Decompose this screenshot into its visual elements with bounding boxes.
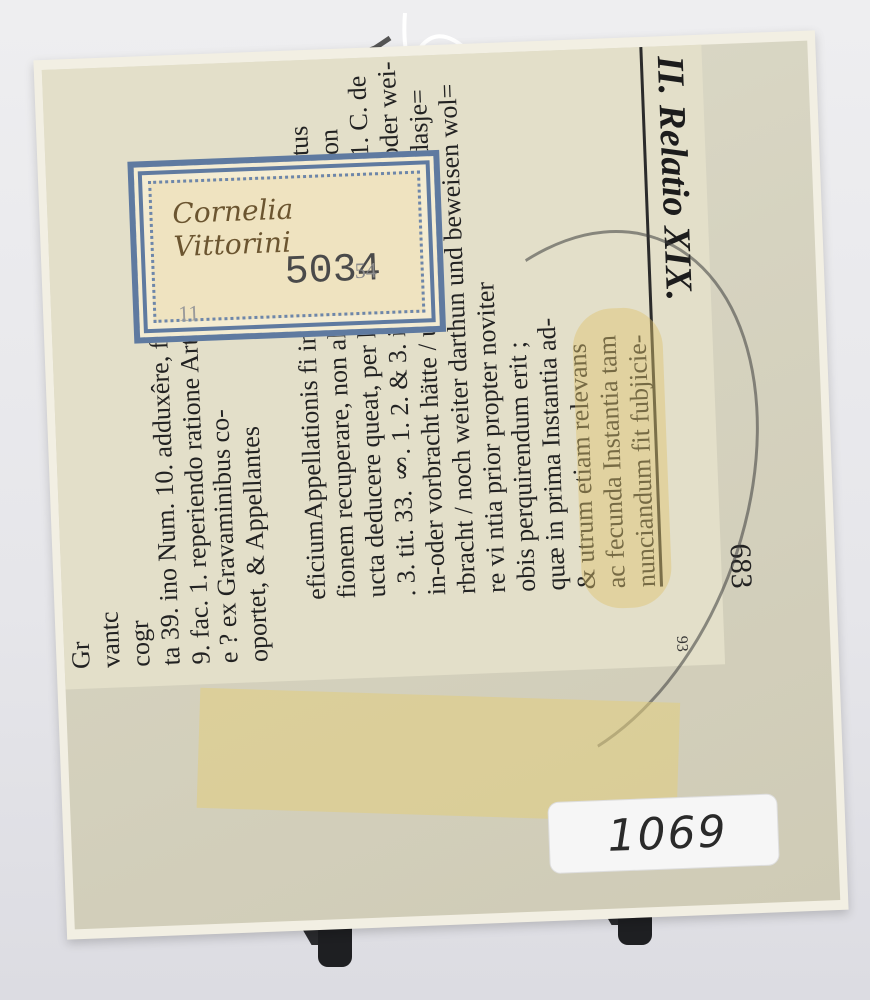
frame-back: Gr vantc cogr ta 39. ino Num. 10. adduxê… (33, 30, 848, 939)
inventory-number: 1069 (607, 806, 729, 862)
label-decorative-border: Cornelia Vittorini 5034 11 54 (148, 171, 425, 323)
pencil-mark-left: 11 (178, 300, 200, 327)
left-text-column: Gr vantc cogr ta 39. ino Num. 10. adduxê… (44, 64, 217, 669)
inventory-sticker: 1069 (548, 794, 779, 873)
backing-board: Gr vantc cogr ta 39. ino Num. 10. adduxê… (42, 41, 840, 930)
pencil-mark-right: 54 (354, 257, 377, 284)
left-fragment-column: e ? ex Gravaminibus co- oportet, & Appel… (203, 362, 274, 664)
collector-label: Cornelia Vittorini 5034 11 54 (127, 150, 446, 344)
